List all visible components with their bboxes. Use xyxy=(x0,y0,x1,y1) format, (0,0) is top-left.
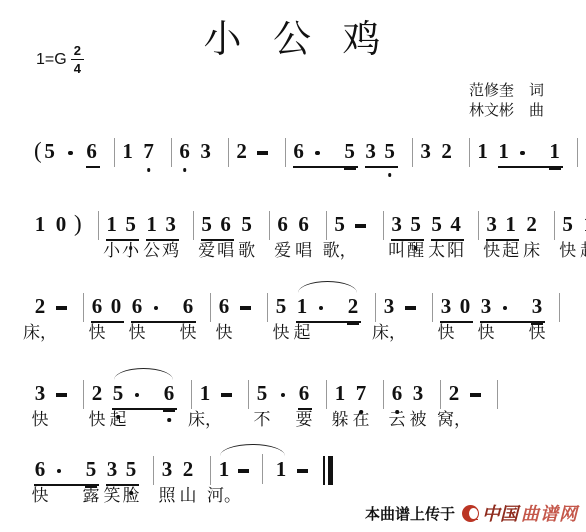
dash-extension xyxy=(220,380,232,406)
barline xyxy=(269,211,270,240)
dash-glyph xyxy=(257,151,268,155)
note-digit: 5 xyxy=(125,456,137,482)
note-group: 2窝， xyxy=(448,380,462,406)
note-token: 1起 xyxy=(505,211,517,237)
note-group: 3快 xyxy=(34,380,48,406)
dash-extension xyxy=(237,456,249,482)
duration-dot xyxy=(277,380,289,406)
beam-group: 35 xyxy=(365,138,398,168)
lyric-text: 起 xyxy=(502,242,519,259)
note-group: 2 xyxy=(441,138,455,164)
beam-group: 5太4阳 xyxy=(431,211,464,241)
lyric-text: 鸡 xyxy=(162,242,179,259)
note-digit: 6 xyxy=(298,380,310,406)
low-octave-dot xyxy=(167,418,171,422)
note-group: 6云 xyxy=(391,380,405,406)
note-digit: 2 xyxy=(236,138,248,164)
note-digit: 3 xyxy=(383,293,395,319)
note-digit: 2 xyxy=(441,138,453,164)
lyric-text: 歌， xyxy=(323,242,357,259)
barline xyxy=(228,138,229,167)
note-digit: 3 xyxy=(486,211,498,237)
lyric-text: 云 xyxy=(389,411,406,428)
low-octave-dot xyxy=(147,168,151,172)
note-digit: 3 xyxy=(412,380,424,406)
note-digit: 5 xyxy=(125,211,137,237)
lyric-text: 小 xyxy=(122,242,139,259)
lyric-text: 窝， xyxy=(437,411,471,428)
lyric-text: 河。 xyxy=(207,487,241,504)
note-token: 5脸 xyxy=(125,456,137,482)
dash-glyph xyxy=(56,393,67,397)
lyric-text: 起 xyxy=(580,242,586,259)
barline xyxy=(554,211,555,240)
note-token: 6 xyxy=(293,138,305,164)
note-group xyxy=(469,380,483,406)
note-digit: 1 xyxy=(334,380,346,406)
beam-group: 3叫5醒 xyxy=(391,211,424,241)
note-digit: 0 xyxy=(459,293,471,319)
note-digit: 7 xyxy=(355,380,367,406)
beam-group: 6 xyxy=(86,138,100,168)
lyric-text: 唱 xyxy=(295,242,312,259)
lyric-text: 山 xyxy=(180,487,197,504)
note-token: 5快 xyxy=(562,211,574,237)
beam-group: 6快6快 xyxy=(131,293,196,323)
note-group: 1躲 xyxy=(334,380,348,406)
second-beam-line xyxy=(549,168,561,170)
note-group: 3 xyxy=(420,138,434,164)
note-digit: 6 xyxy=(86,138,98,164)
note-digit: 6 xyxy=(391,380,403,406)
dash-extension xyxy=(257,138,269,164)
barline xyxy=(375,293,376,322)
note-token: 3快 xyxy=(440,293,452,319)
lyric-text: 快 xyxy=(89,411,106,428)
note-group: 2床， xyxy=(34,293,48,319)
barline-glyph xyxy=(262,454,263,484)
lyric-text: 要 xyxy=(296,411,313,428)
note-group xyxy=(404,293,418,319)
lyric-text: 快 xyxy=(216,324,233,341)
note-token: 2 xyxy=(236,138,248,164)
lyric-text: 被 xyxy=(410,411,427,428)
note-digit: 2 xyxy=(34,293,46,319)
low-octave-dot xyxy=(183,168,187,172)
note-token: 6快 xyxy=(91,293,103,319)
note-digit: ) xyxy=(74,211,82,237)
dash-extension xyxy=(239,293,251,319)
parenthesis: ) xyxy=(74,211,82,237)
note-token: 1 xyxy=(498,138,510,164)
dash-extension xyxy=(355,211,367,237)
duration-dot-glyph xyxy=(281,393,286,398)
note-digit: 2 xyxy=(347,293,359,319)
lyric-text: 公 xyxy=(143,242,160,259)
duration-dot xyxy=(65,138,77,164)
lyric-text: 快 xyxy=(129,324,146,341)
note-digit: 1 xyxy=(505,211,517,237)
note-token: 3快 xyxy=(486,211,498,237)
note-group: 5歌 xyxy=(241,211,255,237)
barline xyxy=(326,211,327,240)
note-digit: 6 xyxy=(163,380,175,406)
note-digit: 3 xyxy=(440,293,452,319)
duration-dot-glyph xyxy=(68,151,73,156)
note-token: 3 xyxy=(420,138,432,164)
beam-group: 65 xyxy=(293,138,358,168)
lyric-text: 起 xyxy=(294,324,311,341)
note-group: 5快 xyxy=(562,211,576,237)
duration-dot xyxy=(131,380,143,406)
note-digit: 6 xyxy=(218,293,230,319)
lyric-text: 快 xyxy=(32,411,49,428)
note-digit: 5 xyxy=(85,456,97,482)
note-token: 3笑 xyxy=(106,456,118,482)
note-digit: 1 xyxy=(218,456,230,482)
note-digit: 6 xyxy=(293,138,305,164)
note-group: 2 xyxy=(236,138,250,164)
barline xyxy=(256,456,268,482)
barline xyxy=(285,138,286,167)
note-digit: 5 xyxy=(241,211,253,237)
duration-dot-glyph xyxy=(315,151,320,156)
lyric-text: 露 xyxy=(83,487,100,504)
barline xyxy=(440,380,441,409)
note-digit: 5 xyxy=(344,138,356,164)
low-octave-dot xyxy=(388,173,392,177)
rest-note: 0 xyxy=(55,211,67,237)
dash-glyph xyxy=(56,306,67,310)
note-token: 6 xyxy=(86,138,98,164)
note-token: 4阳 xyxy=(450,211,462,237)
dash-extension xyxy=(55,293,67,319)
second-beam-line xyxy=(347,323,359,325)
note-digit: 3 xyxy=(480,293,492,319)
note-group xyxy=(355,211,369,237)
note-group: 6快 xyxy=(218,293,232,319)
lyric-text: 快 xyxy=(529,324,546,341)
note-digit: 5 xyxy=(384,138,396,164)
lyric-text: 快 xyxy=(559,242,576,259)
lyric-text: 快 xyxy=(438,324,455,341)
note-token: 6唱 xyxy=(220,211,232,237)
dash-glyph xyxy=(238,469,249,473)
note-digit: 2 xyxy=(448,380,460,406)
duration-dot xyxy=(517,138,529,164)
note-digit: 5 xyxy=(334,211,346,237)
note-token: 3鸡 xyxy=(165,211,177,237)
note-token: 6快 xyxy=(131,293,143,319)
barline xyxy=(210,293,211,322)
note-group: 1 xyxy=(34,211,48,237)
beam-group: 5爱6唱 xyxy=(201,211,234,241)
barline xyxy=(83,380,84,409)
note-token: 1公 xyxy=(146,211,158,237)
note-digit: 6 xyxy=(277,211,289,237)
dash-extension xyxy=(404,293,416,319)
barline xyxy=(412,138,413,167)
duration-dot-glyph xyxy=(154,306,159,311)
barline xyxy=(193,211,194,240)
lyric-text: 小 xyxy=(103,242,120,259)
music-line: 6快5露3笑5脸3照2山1河。1 xyxy=(34,456,333,486)
dash-glyph xyxy=(240,306,251,310)
note-token: 5爱 xyxy=(201,211,213,237)
beam-group: 3快0 xyxy=(440,293,473,323)
note-token: 1 xyxy=(122,138,134,164)
beam-group: 1公3鸡 xyxy=(146,211,179,241)
dash-extension xyxy=(55,380,67,406)
note-token: 1 xyxy=(549,138,561,164)
note-digit: 5 xyxy=(410,211,422,237)
lyric-text: 床 xyxy=(523,242,540,259)
beam-group: 3笑5脸 xyxy=(106,456,139,486)
lyric-text: 快 xyxy=(273,324,290,341)
note-token: 6唱 xyxy=(298,211,310,237)
note-token: 3 xyxy=(365,138,377,164)
upload-text: 本曲谱上传于 xyxy=(365,503,455,524)
note-group: 3照 xyxy=(161,456,175,482)
note-digit: 3 xyxy=(365,138,377,164)
note-digit: 6 xyxy=(34,456,46,482)
note-digit: 1 xyxy=(498,138,510,164)
dash-glyph xyxy=(405,306,416,310)
note-group xyxy=(296,456,310,482)
note-group: 5不 xyxy=(256,380,270,406)
sheet-music-page: { "header": { "key": "1=G", "time_top": … xyxy=(0,0,586,532)
lyric-text: 快 xyxy=(478,324,495,341)
note-digit: 1 xyxy=(477,138,489,164)
lyric-text: 脸 xyxy=(123,487,140,504)
note-token: 3快 xyxy=(480,293,492,319)
note-token: 6快 xyxy=(182,293,194,319)
lyric-text: 床， xyxy=(188,411,222,428)
note-token: 1床， xyxy=(199,380,211,406)
note-token: 1河。 xyxy=(218,456,230,482)
note-digit: 6 xyxy=(131,293,143,319)
music-note-logo-icon xyxy=(462,505,479,522)
note-digit: 5 xyxy=(201,211,213,237)
final-barline-thin xyxy=(323,456,325,485)
note-group: 2床 xyxy=(526,211,540,237)
note-token: 3被 xyxy=(412,380,424,406)
lyric-text: 唱 xyxy=(217,242,234,259)
note-digit: 6 xyxy=(182,293,194,319)
note-token: 1 xyxy=(477,138,489,164)
note-token: 6要 xyxy=(298,380,310,406)
note-digit: 4 xyxy=(450,211,462,237)
note-token: 3叫 xyxy=(391,211,403,237)
duration-dot xyxy=(499,293,511,319)
barline xyxy=(153,456,154,485)
note-token: 2快 xyxy=(91,380,103,406)
note-group xyxy=(239,293,253,319)
note-token: 6 xyxy=(163,380,175,406)
barline xyxy=(248,380,249,409)
barline xyxy=(478,211,479,240)
note-token: 6快 xyxy=(218,293,230,319)
lyric-text: 醒 xyxy=(407,242,424,259)
note-digit: 0 xyxy=(55,211,67,237)
lyric-text: 床， xyxy=(372,324,406,341)
note-token: 1小 xyxy=(106,211,118,237)
note-digit: 6 xyxy=(179,138,191,164)
barline xyxy=(497,380,498,409)
slur-group: 1起2 xyxy=(296,293,361,323)
note-digit: 3 xyxy=(531,293,543,319)
parenthesis: ( xyxy=(34,138,42,164)
lyric-text: 在 xyxy=(353,411,370,428)
note-digit: 1 xyxy=(275,456,287,482)
note-group xyxy=(257,138,271,164)
note-digit: 5 xyxy=(112,380,124,406)
duration-dot xyxy=(315,293,327,319)
note-digit: 2 xyxy=(526,211,538,237)
note-digit: 3 xyxy=(106,456,118,482)
lyric-text: 阳 xyxy=(447,242,464,259)
dash-glyph xyxy=(297,469,308,473)
lyric-text: 照 xyxy=(159,487,176,504)
beam-group: 11 xyxy=(498,138,563,168)
note-token: 6 xyxy=(179,138,191,164)
note-group: 6 xyxy=(179,138,193,164)
dash-glyph xyxy=(355,224,366,228)
note-token: 6快 xyxy=(34,456,46,482)
note-group: 1 xyxy=(122,138,136,164)
note-token: 2 xyxy=(441,138,453,164)
beam-group: 6要 xyxy=(298,380,312,410)
duration-dot-glyph xyxy=(319,306,324,311)
site-logo: 中国 曲谱网 xyxy=(462,500,578,526)
beam-group: 6快5露 xyxy=(34,456,99,486)
second-beam-line xyxy=(163,410,175,412)
note-digit: 0 xyxy=(110,293,122,319)
barline xyxy=(267,293,268,322)
note-token: 3 xyxy=(200,138,212,164)
lyric-text: 叫 xyxy=(388,242,405,259)
site-name-light: 曲谱网 xyxy=(521,500,578,526)
note-group: 5歌， xyxy=(334,211,348,237)
note-group: 2山 xyxy=(182,456,196,482)
barline xyxy=(171,138,172,167)
final-barline-thick xyxy=(328,456,333,485)
note-token: 7 xyxy=(143,138,155,164)
note-token: 3照 xyxy=(161,456,173,482)
duration-dot-glyph xyxy=(57,469,62,474)
barline xyxy=(577,138,578,167)
beam-group: 6快0 xyxy=(91,293,124,323)
note-token: 5 xyxy=(344,138,356,164)
note-digit: 1 xyxy=(296,293,308,319)
note-digit: 2 xyxy=(182,456,194,482)
note-digit: 3 xyxy=(34,380,46,406)
note-group: (5 xyxy=(34,138,58,164)
duration-dot xyxy=(53,456,65,482)
barline xyxy=(210,456,211,485)
duration-dot xyxy=(150,293,162,319)
note-token: 3床， xyxy=(383,293,395,319)
note-digit: 3 xyxy=(161,456,173,482)
note-token: 5露 xyxy=(85,456,97,482)
lyric-text: 起 xyxy=(110,411,127,428)
lyric-text: 不 xyxy=(254,411,271,428)
note-token: 2床 xyxy=(526,211,538,237)
rest-note: 0 xyxy=(110,293,122,319)
note-token: 2 xyxy=(347,293,359,319)
second-beam-line xyxy=(344,168,356,170)
music-line: 3快2快5起61床，5不6要1躲7在6云3被2窝， xyxy=(34,380,505,410)
music-line: 2床，6快06快6快6快5快1起23床，3快03快3快 xyxy=(34,293,567,323)
note-token: 5歌 xyxy=(241,211,253,237)
dash-glyph xyxy=(470,393,481,397)
site-name-bold: 中国 xyxy=(482,500,518,526)
note-token: 5歌， xyxy=(334,211,346,237)
note-group: 7 xyxy=(143,138,157,164)
note-digit: 3 xyxy=(165,211,177,237)
note-token: 5 xyxy=(384,138,396,164)
note-token: 5醒 xyxy=(410,211,422,237)
note-group xyxy=(65,138,79,164)
dash-extension xyxy=(296,456,308,482)
note-group xyxy=(277,380,291,406)
final-barline xyxy=(323,456,333,485)
beam-group: 1小5小 xyxy=(106,211,139,241)
barline xyxy=(383,211,384,240)
note-digit: 5 xyxy=(275,293,287,319)
barline xyxy=(383,380,384,409)
note-digit: 7 xyxy=(143,138,155,164)
note-digit: 1 xyxy=(146,211,158,237)
note-group: 7在 xyxy=(355,380,369,406)
note-token: 6云 xyxy=(391,380,403,406)
lyric-text: 快 xyxy=(32,487,49,504)
rest-note: 0 xyxy=(459,293,471,319)
duration-dot-glyph xyxy=(135,393,140,398)
beam-group: 3快3快 xyxy=(480,293,545,323)
note-digit: 6 xyxy=(298,211,310,237)
note-digit: 3 xyxy=(391,211,403,237)
lyric-text: 快 xyxy=(180,324,197,341)
note-token: 3快 xyxy=(531,293,543,319)
note-group: 0) xyxy=(55,211,84,237)
note-token: 5快 xyxy=(275,293,287,319)
barline xyxy=(432,293,433,322)
note-digit: 6 xyxy=(91,293,103,319)
note-group: 1 xyxy=(477,138,491,164)
note-digit: 1 xyxy=(199,380,211,406)
duration-dot-glyph xyxy=(520,151,525,156)
note-token: 5太 xyxy=(431,211,443,237)
note-token: 5 xyxy=(44,138,56,164)
note-digit: 5 xyxy=(562,211,574,237)
note-group: 6爱 xyxy=(277,211,291,237)
note-digit: 1 xyxy=(106,211,118,237)
lyric-text: 爱 xyxy=(274,242,291,259)
note-token: 2山 xyxy=(182,456,194,482)
note-token: 1躲 xyxy=(334,380,346,406)
note-digit: 6 xyxy=(220,211,232,237)
dash-glyph xyxy=(221,393,232,397)
note-digit: 1 xyxy=(34,211,46,237)
score: (561763265353211110)1小5小1公3鸡5爱6唱5歌6爱6唱5歌… xyxy=(0,0,586,532)
note-token: 5小 xyxy=(125,211,137,237)
note-token: 2床， xyxy=(34,293,46,319)
music-line: 10)1小5小1公3鸡5爱6唱5歌6爱6唱5歌，3叫5醒5太4阳3快1起2床5快… xyxy=(34,211,586,241)
note-token: 5不 xyxy=(256,380,268,406)
note-token: 3快 xyxy=(34,380,46,406)
note-group: 2快 xyxy=(91,380,105,406)
